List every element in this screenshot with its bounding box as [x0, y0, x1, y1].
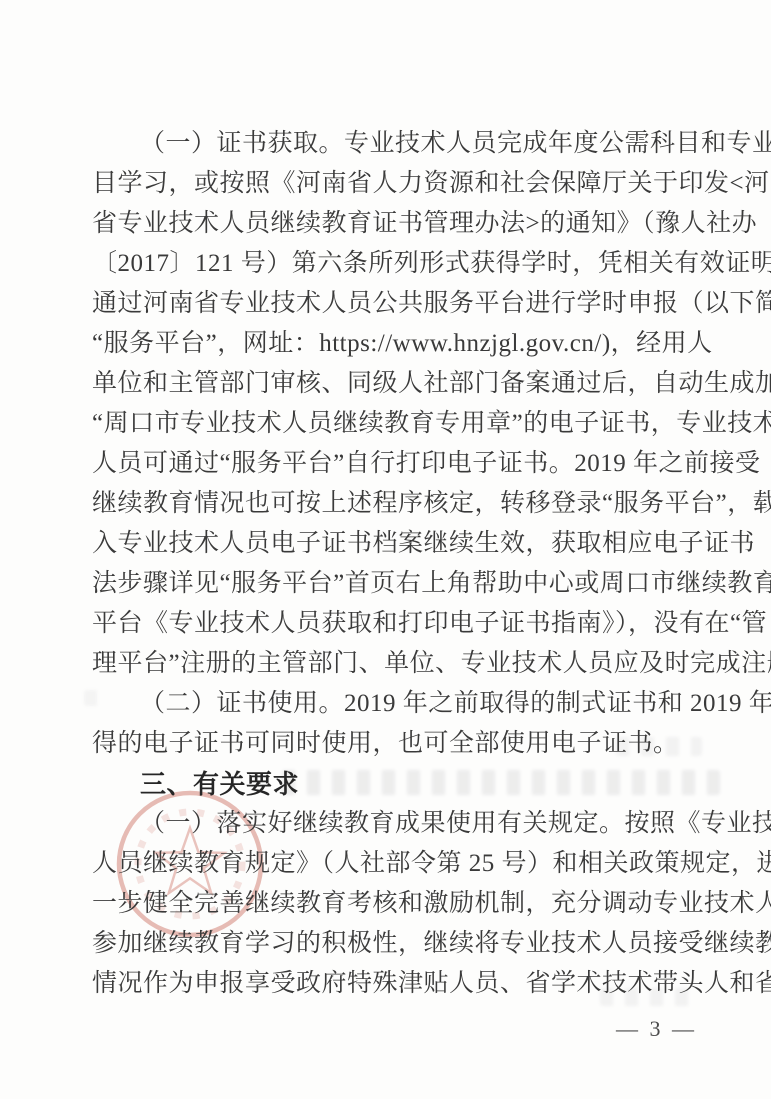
body-text-line: 理平台”注册的主管部门、单位、专业技术人员应及时完成注册。: [92, 644, 692, 684]
body-text-line: 人员继续教育规定》（人社部令第 25 号）和相关政策规定，进: [92, 844, 692, 884]
body-text-line: 得的电子证书可同时使用，也可全部使用电子证书。: [92, 724, 692, 764]
body-text-line: 〔2017〕121 号）第六条所列形式获得学时，凭相关有效证明，: [92, 244, 692, 284]
body-text-line: 入专业技术人员电子证书档案继续生效，获取相应电子证书（方: [92, 524, 692, 564]
body-text-line: 参加继续教育学习的积极性，继续将专业技术人员接受继续教育: [92, 924, 692, 964]
body-text-block: （一）证书获取。专业技术人员完成年度公需科目和专业科 目学习，或按照《河南省人力…: [92, 124, 692, 1004]
page-number: — 3 —: [616, 1016, 697, 1042]
body-text-line: 目学习，或按照《河南省人力资源和社会保障厅关于印发<河南: [92, 164, 692, 204]
body-text-line: （二）证书使用。2019 年之前取得的制式证书和 2019 年取: [92, 684, 692, 724]
body-text-line: 法步骤详见“服务平台”首页右上角帮助中心或周口市继续教育: [92, 564, 692, 604]
document-page: （一）证书获取。专业技术人员完成年度公需科目和专业科 目学习，或按照《河南省人力…: [0, 0, 771, 1099]
body-text-line: 通过河南省专业技术人员公共服务平台进行学时申报（以下简称: [92, 284, 692, 324]
body-text-line: 省专业技术人员继续教育证书管理办法>的通知》（豫人社办: [92, 204, 692, 244]
body-text-line: 单位和主管部门审核、同级人社部门备案通过后，自动生成加盖: [92, 364, 692, 404]
body-text-line: 情况作为申报享受政府特殊津贴人员、省学术技术带头人和省职: [92, 964, 692, 1004]
body-text-line: （一）落实好继续教育成果使用有关规定。按照《专业技术: [92, 804, 692, 844]
body-text-line: “周口市专业技术人员继续教育专用章”的电子证书，专业技术: [92, 404, 692, 444]
body-text-line: 一步健全完善继续教育考核和激励机制，充分调动专业技术人员: [92, 884, 692, 924]
body-text-line: 平台《专业技术人员获取和打印电子证书指南》），没有在“管: [92, 604, 692, 644]
section-heading: 三、有关要求: [92, 764, 692, 804]
body-text-line: 继续教育情况也可按上述程序核定，转移登录“服务平台”，载: [92, 484, 692, 524]
body-text-line: （一）证书获取。专业技术人员完成年度公需科目和专业科: [92, 124, 692, 164]
body-text-line: “服务平台”，网址：https://www.hnzjgl.gov.cn/)，经用…: [92, 324, 692, 364]
body-text-line: 人员可通过“服务平台”自行打印电子证书。2019 年之前接受: [92, 444, 692, 484]
